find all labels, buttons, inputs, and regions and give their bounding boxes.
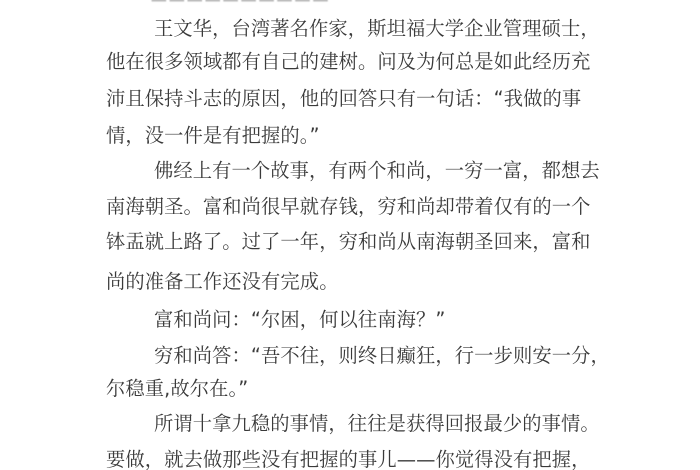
paragraph-4-line-1: 穷和尚答：“吾不往，则终日癫狂，行一步则安一分， [154,344,624,368]
paragraph-1-line-1: 王文华，台湾著名作家，斯坦福大学企业管理硕士， [154,17,624,41]
document-page: ▬▬▬▬▬▬▬▬▬▬ 王文华，台湾著名作家，斯坦福大学企业管理硕士， 他在很多领… [0,0,700,470]
paragraph-4-line-2: 尔稳重,故尔在。” [106,377,576,401]
paragraph-1-line-4: 情，没一件是有把握的。” [106,124,576,148]
paragraph-5-line-2: 要做，就去做那些没有把握的事儿——你觉得没有把握， [106,448,576,470]
paragraph-2-line-4: 尚的准备工作还没有完成。 [106,270,576,294]
paragraph-1-line-3: 沛且保持斗志的原因，他的回答只有一句话：“我做的事 [106,87,576,111]
paragraph-2-line-3: 钵盂就上路了。过了一年，穷和尚从南海朝圣回来，富和 [106,230,576,254]
paragraph-5-line-1: 所谓十拿九稳的事情，往往是获得回报最少的事情。 [154,412,624,436]
paragraph-1-line-2: 他在很多领域都有自己的建树。问及为何总是如此经历充 [106,50,576,74]
paragraph-2-line-2: 南海朝圣。富和尚很早就存钱，穷和尚却带着仅有的一个 [106,195,576,219]
paragraph-3-line-1: 富和尚问：“尔困，何以往南海？” [154,308,624,332]
cut-off-text-line: ▬▬▬▬▬▬▬▬▬▬ [150,0,400,4]
paragraph-2-line-1: 佛经上有一个故事，有两个和尚，一穷一富，都想去 [154,159,624,183]
